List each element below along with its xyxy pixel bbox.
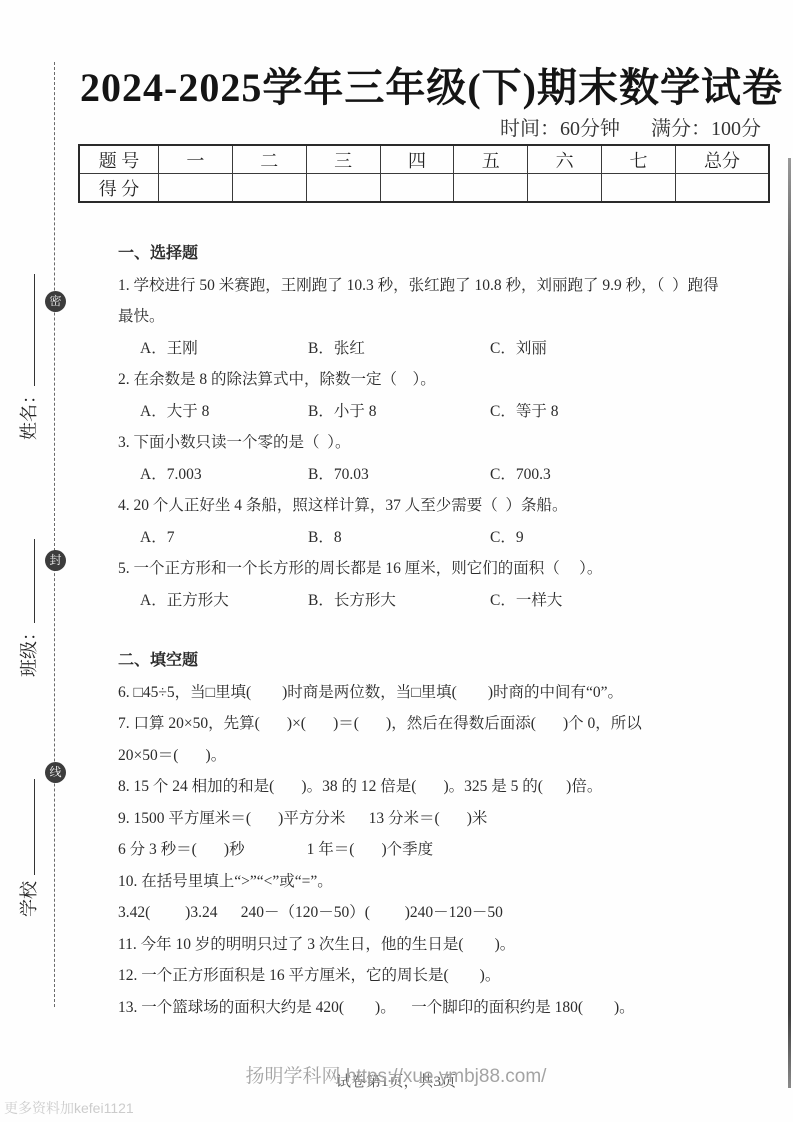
score-cell-5[interactable] <box>454 174 528 203</box>
score-cell-7[interactable] <box>602 174 676 203</box>
score-table: 题 号 一 二 三 四 五 六 七 总分 得 分 <box>78 144 770 203</box>
question-4-line-1: 4. 20 个人正好坐 4 条船，照这样计算，37 人至少需要（ ）条船。 <box>118 490 773 522</box>
col-2: 二 <box>232 145 306 174</box>
question-10-line-2: 3.42( )3.24 240－（120－50）( )240－120－50 <box>118 897 773 929</box>
question-1-line-2: 最快。 <box>118 301 773 333</box>
score-cell-1[interactable] <box>159 174 233 203</box>
question-number-label: 题 号 <box>79 145 159 174</box>
question-5-line-1: 5. 一个正方形和一个长方形的周长都是 16 厘米，则它们的面积（ ）。 <box>118 553 773 585</box>
option-c[interactable]: C．一样大 <box>490 585 773 617</box>
school-field: 学校 <box>16 779 42 917</box>
score-cell-6[interactable] <box>528 174 602 203</box>
col-4: 四 <box>380 145 454 174</box>
option-a[interactable]: A．大于 8 <box>140 396 308 428</box>
question-1-options: A．王刚 B．张红 C．刘丽 <box>118 333 773 365</box>
option-a[interactable]: A．7.003 <box>140 459 308 491</box>
question-4-options: A．7 B．8 C．9 <box>118 522 773 554</box>
name-fill-line[interactable] <box>16 274 35 386</box>
title-wrap: 2024-2025学年三年级(下)期末数学试卷 <box>80 56 768 113</box>
exam-full-score: 满分：100分 <box>651 118 761 140</box>
score-table-score-row: 得 分 <box>79 174 769 203</box>
page-edge-line <box>788 158 791 1088</box>
school-field-label: 学校 <box>19 881 39 917</box>
question-5-options: A．正方形大 B．长方形大 C．一样大 <box>118 585 773 617</box>
option-a[interactable]: A．正方形大 <box>140 585 308 617</box>
option-b[interactable]: B．小于 8 <box>308 396 490 428</box>
option-a[interactable]: A．王刚 <box>140 333 308 365</box>
option-a[interactable]: A．7 <box>140 522 308 554</box>
question-3-options: A．7.003 B．70.03 C．700.3 <box>118 459 773 491</box>
question-12-line-1: 12. 一个正方形面积是 16 平方厘米，它的周长是( )。 <box>118 960 773 992</box>
question-8-line-1: 8. 15 个 24 相加的和是( )。38 的 12 倍是( )。325 是 … <box>118 771 773 803</box>
question-10-line-1: 10. 在括号里填上“>”“<”或“=”。 <box>118 866 773 898</box>
exam-paper-page: 密 封 线 姓名： 班级： 学校 2024-2025学年三年级(下)期末数学试卷… <box>0 0 793 1122</box>
section-heading-choice: 一、选择题 <box>118 238 773 270</box>
score-cell-3[interactable] <box>306 174 380 203</box>
seal-dashed-line <box>54 62 55 1007</box>
option-b[interactable]: B．长方形大 <box>308 585 490 617</box>
score-label: 得 分 <box>79 174 159 203</box>
section-heading-fill-blank: 二、填空题 <box>118 645 773 677</box>
option-b[interactable]: B．8 <box>308 522 490 554</box>
option-c[interactable]: C．700.3 <box>490 459 773 491</box>
exam-meta: 时间：60分钟 满分：100分 <box>500 112 761 141</box>
question-13-line-1: 13. 一个篮球场的面积大约是 420( )。 一个脚印的面积约是 180( )… <box>118 992 773 1024</box>
name-field: 姓名： <box>16 274 42 440</box>
col-7: 七 <box>602 145 676 174</box>
score-cell-2[interactable] <box>232 174 306 203</box>
option-c[interactable]: C．9 <box>490 522 773 554</box>
exam-content: 一、选择题 1. 学校进行 50 米赛跑，王刚跑了 10.3 秒，张红跑了 10… <box>118 202 773 1023</box>
question-6-line-1: 6. □45÷5，当□里填( )时商是两位数，当□里填( )时商的中间有“0”。 <box>118 677 773 709</box>
col-total: 总分 <box>676 145 770 174</box>
school-fill-line[interactable] <box>16 779 35 875</box>
question-1-line-1: 1. 学校进行 50 米赛跑，王刚跑了 10.3 秒，张红跑了 10.8 秒，刘… <box>118 270 773 302</box>
col-5: 五 <box>454 145 528 174</box>
site-watermark: 扬明学科网 https://xue.ymbj88.com/ <box>246 1061 547 1088</box>
question-7-line-1: 7. 口算 20×50，先算( )×( )＝( )，然后在得数后面添( )个 0… <box>118 708 773 740</box>
exam-title: 2024-2025学年三年级(下)期末数学试卷 <box>80 56 768 113</box>
seal-char-feng: 封 <box>45 550 66 571</box>
question-11-line-1: 11. 今年 10 岁的明明只过了 3 次生日，他的生日是( )。 <box>118 929 773 961</box>
question-7-line-2: 20×50＝( )。 <box>118 740 773 772</box>
class-field-label: 班级： <box>19 623 39 677</box>
col-3: 三 <box>306 145 380 174</box>
col-1: 一 <box>159 145 233 174</box>
option-b[interactable]: B．张红 <box>308 333 490 365</box>
exam-time: 时间：60分钟 <box>500 118 620 140</box>
seal-char-xian: 线 <box>45 762 66 783</box>
score-cell-4[interactable] <box>380 174 454 203</box>
col-6: 六 <box>528 145 602 174</box>
option-b[interactable]: B．70.03 <box>308 459 490 491</box>
seal-char-mi: 密 <box>45 291 66 312</box>
question-2-line-1: 2. 在余数是 8 的除法算式中，除数一定（ ）。 <box>118 364 773 396</box>
question-3-line-1: 3. 下面小数只读一个零的是（ ）。 <box>118 427 773 459</box>
corner-watermark: 更多资料加kefei1121 <box>4 1098 134 1118</box>
question-9-line-2: 6 分 3 秒＝( )秒 1 年＝( )个季度 <box>118 834 773 866</box>
option-c[interactable]: C．等于 8 <box>490 396 773 428</box>
class-field: 班级： <box>16 539 42 677</box>
question-9-line-1: 9. 1500 平方厘米＝( )平方分米 13 分米＝( )米 <box>118 803 773 835</box>
class-fill-line[interactable] <box>16 539 35 623</box>
score-table-header-row: 题 号 一 二 三 四 五 六 七 总分 <box>79 145 769 174</box>
question-2-options: A．大于 8 B．小于 8 C．等于 8 <box>118 396 773 428</box>
score-cell-total[interactable] <box>676 174 770 203</box>
name-field-label: 姓名： <box>19 386 39 440</box>
option-c[interactable]: C．刘丽 <box>490 333 773 365</box>
